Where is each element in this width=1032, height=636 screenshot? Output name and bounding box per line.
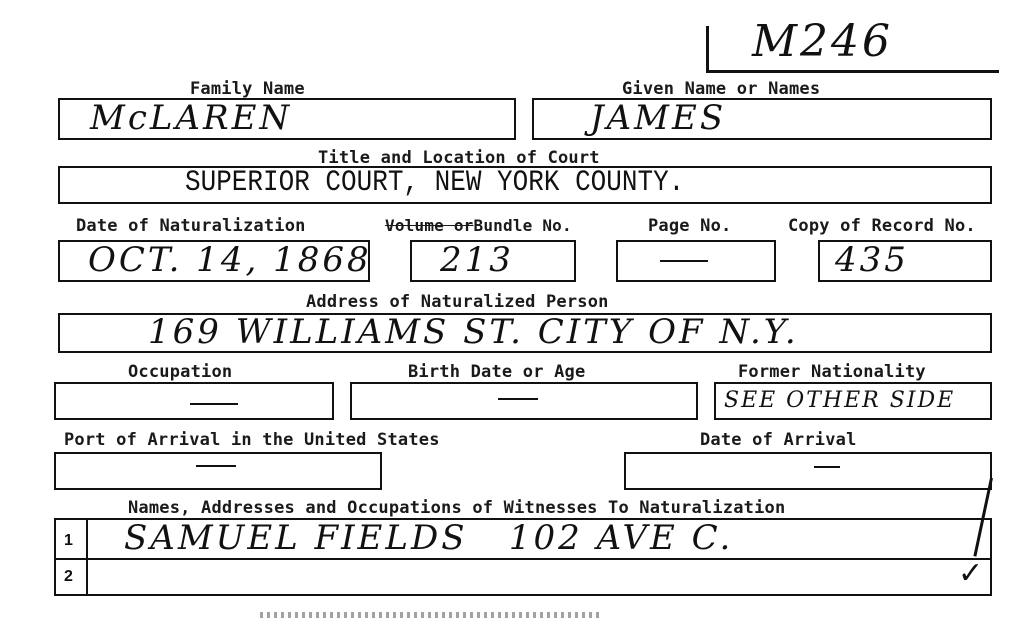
volume-struck-label: Volume or (385, 216, 474, 235)
check-mark-icon: ✓ (958, 556, 983, 591)
date-arrival-field (624, 452, 992, 490)
occupation-field (54, 382, 334, 420)
birth-date-field (350, 382, 698, 420)
given-name-value: JAMES (590, 98, 726, 138)
birth-date-value (498, 398, 538, 400)
address-label: Address of Naturalized Person (306, 292, 609, 312)
former-nationality-label: Former Nationality (738, 362, 926, 382)
volume-bundle-label: Volume orBundle No. (385, 216, 572, 235)
given-name-label: Given Name or Names (622, 79, 820, 99)
witnesses-row-divider (54, 558, 992, 560)
birth-date-label: Birth Date or Age (408, 362, 585, 382)
address-value: 169 WILLIAMS ST. CITY OF N.Y. (148, 312, 799, 352)
family-name-label: Family Name (190, 79, 305, 99)
bundle-label: Bundle No. (474, 216, 572, 235)
witnesses-num-divider (86, 518, 88, 596)
page-no-value (660, 260, 708, 262)
former-nationality-value: SEE OTHER SIDE (724, 388, 955, 413)
witnesses-label: Names, Addresses and Occupations of Witn… (128, 498, 785, 518)
date-naturalization-value: OCT. 14, 1868 (88, 240, 372, 280)
court-value: SUPERIOR COURT, NEW YORK COUNTY. (185, 165, 684, 200)
port-arrival-label: Port of Arrival in the United States (64, 430, 440, 450)
date-arrival-label: Date of Arrival (700, 430, 857, 450)
card-id: M246 (752, 16, 893, 67)
date-naturalization-label: Date of Naturalization (76, 216, 306, 236)
witness-row-1-value: SAMUEL FIELDS 102 AVE C. (124, 518, 733, 558)
witness-row-1-num: 1 (64, 532, 73, 550)
copy-record-label: Copy of Record No. (788, 216, 976, 236)
family-name-value: McLAREN (90, 98, 292, 138)
page-no-label: Page No. (648, 216, 731, 236)
copy-record-value: 435 (835, 240, 909, 280)
port-arrival-field (54, 452, 382, 490)
scan-artifact (260, 612, 600, 618)
port-arrival-value (196, 465, 236, 467)
volume-bundle-value: 213 (440, 240, 514, 280)
date-arrival-value (814, 466, 840, 468)
occupation-label: Occupation (128, 362, 232, 382)
witness-row-2-num: 2 (64, 568, 73, 586)
occupation-value (190, 403, 238, 405)
